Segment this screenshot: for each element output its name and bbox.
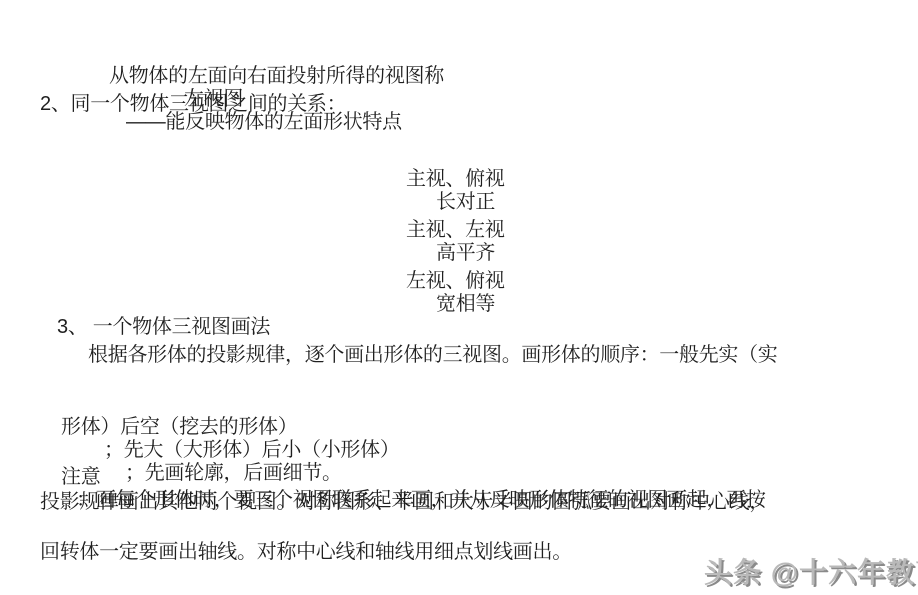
paragraph-segment: 形体）后空（挖去的形体） (61, 416, 297, 439)
section3-paragraph-line1: 根据各形体的投影规律，逐个画出形体的三视图。画形体的顺序：一般先实（实 (88, 344, 778, 367)
intro-prefix: 从物体的左面向右面投射所得的视图称 (109, 65, 444, 88)
relation-views: 主视、俯视 (406, 168, 505, 191)
document-page: 从物体的左面向右面投射所得的视图称 左视图 ——能反映物体的左面形状特点 2、同… (0, 0, 918, 595)
note-line1: 注意 ：画每个形体时，要三个视图联系起来画，并从反映形体特征的视图画起，再按 (40, 443, 766, 535)
relation-views: 主视、左视 (406, 219, 505, 242)
note-line3: 回转体一定要画出轴线。对称中心线和轴线用细点划线画出。 (40, 541, 572, 564)
section3-heading-text: 3、 一个物体三视图画法 (57, 316, 270, 339)
relation-row-3: 左视、俯视 宽相等 (385, 247, 505, 339)
relation-rule: 宽相等 (436, 293, 495, 316)
section2-heading: 2、同一个物体三视图之间的关系： (40, 93, 346, 116)
note-label: 注意 (61, 466, 100, 489)
relation-views: 左视、俯视 (406, 270, 505, 293)
watermark-toutiao-shiliunian-jiaoyu: 头条 @十六年教育 (704, 551, 918, 591)
section3-heading: 3、 一个物体三视图画法 : (36, 293, 270, 385)
note-line2: 投影规律画出其他两个视图。对称图形、半圆和大于半圆的圆弧要画出对称中心线， (40, 491, 769, 514)
